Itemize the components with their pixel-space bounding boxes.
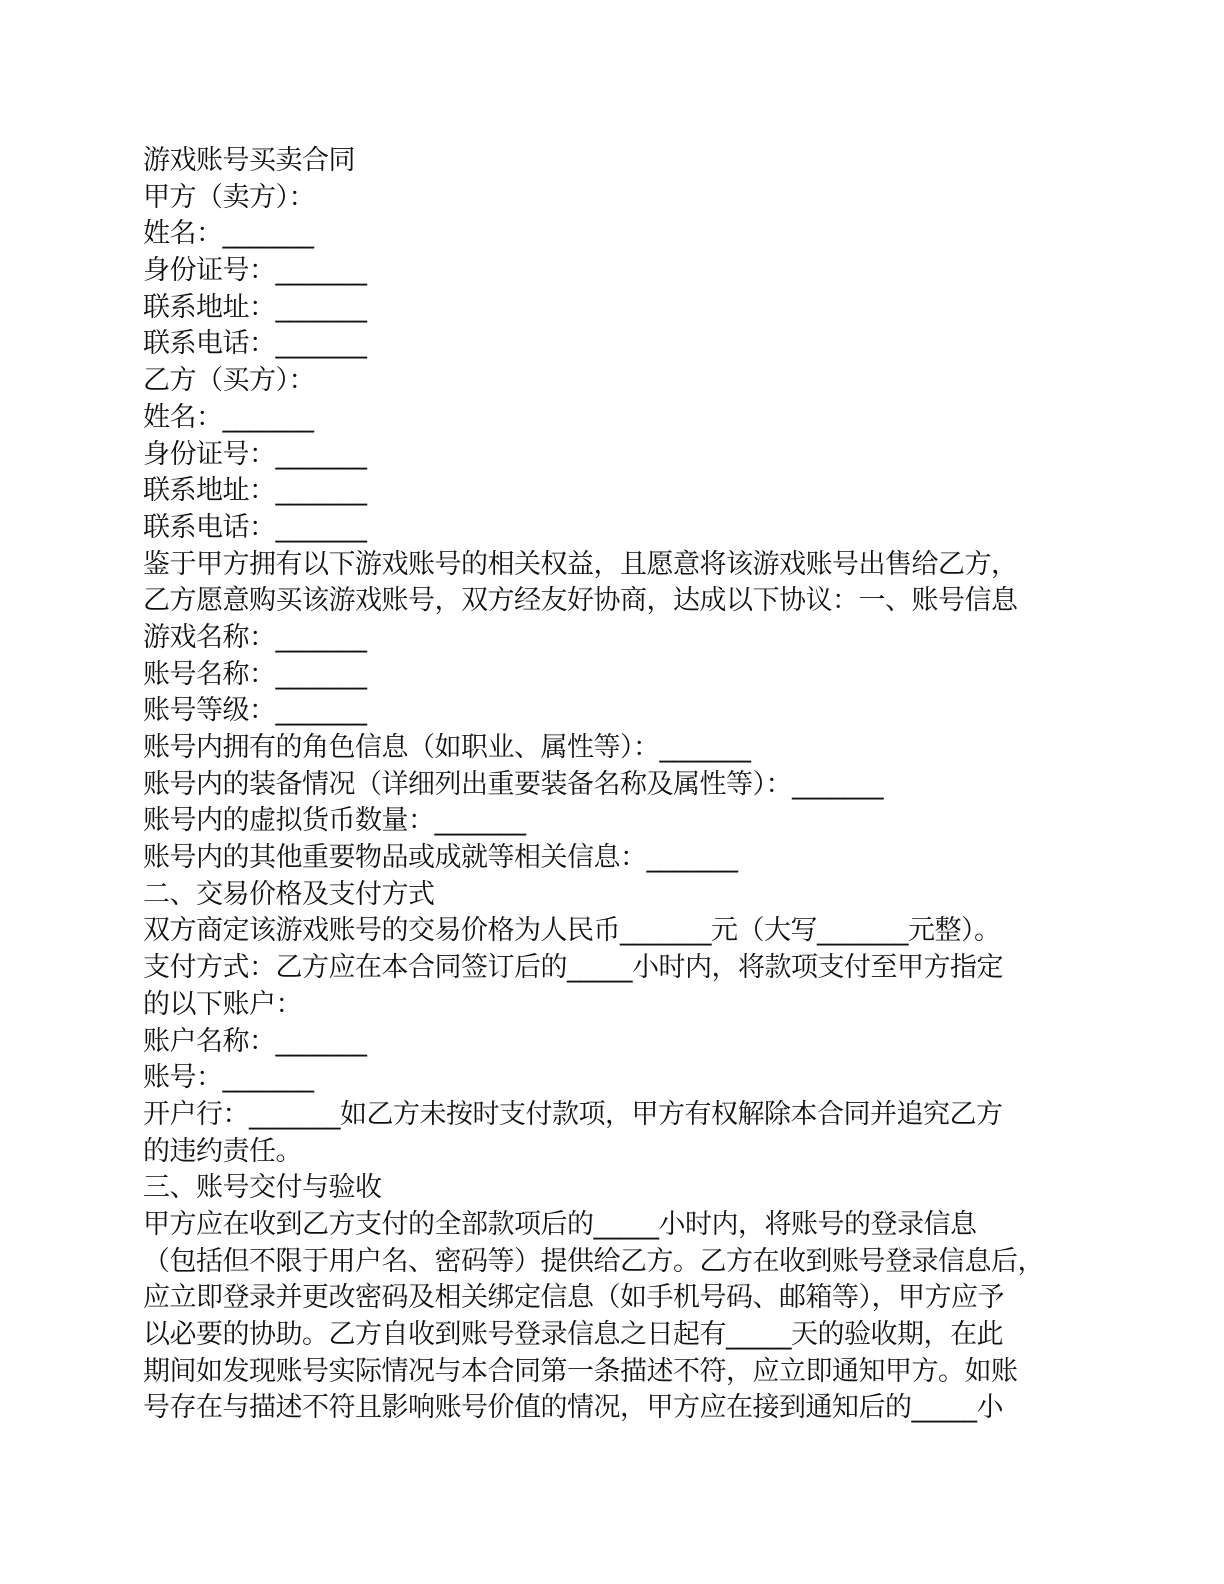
bank-account-name-field: 账户名称：_______	[143, 1024, 1103, 1061]
equipment-field: 账号内的装备情况（详细列出重要装备名称及属性等）：_______	[143, 767, 1103, 804]
game-name-field: 游戏名称：_______	[143, 620, 1103, 657]
virtual-currency-field: 账号内的虚拟货币数量：_______	[143, 803, 1103, 840]
bank-field: 的违约责任。	[143, 1134, 1103, 1171]
delivery-clause: 期间如发现账号实际情况与本合同第一条描述不符，应立即通知甲方。如账	[143, 1354, 1103, 1391]
party-b-name: 姓名：_______	[143, 400, 1103, 437]
party-b-id: 身份证号：_______	[143, 437, 1103, 474]
delivery-clause: 应立即登录并更改密码及相关绑定信息（如手机号码、邮箱等），甲方应予	[143, 1280, 1103, 1317]
account-name-field: 账号名称：_______	[143, 657, 1103, 694]
preamble-line: 鉴于甲方拥有以下游戏账号的相关权益，且愿意将该游戏账号出售给乙方，	[143, 547, 1103, 584]
preamble-line: 乙方愿意购买该游戏账号，双方经友好协商，达成以下协议：一、账号信息	[143, 583, 1103, 620]
delivery-clause: （包括但不限于用户名、密码等）提供给乙方。乙方在收到账号登录信息后，	[143, 1244, 1103, 1281]
bank-account-number-field: 账号：_______	[143, 1060, 1103, 1097]
document-title: 游戏账号买卖合同	[143, 143, 1103, 180]
price-clause: 双方商定该游戏账号的交易价格为人民币_______元（大写_______元整）。	[143, 913, 1103, 950]
account-level-field: 账号等级：_______	[143, 693, 1103, 730]
section-2-heading: 二、交易价格及支付方式	[143, 877, 1103, 914]
delivery-clause: 以必要的协助。乙方自收到账号登录信息之日起有_____天的验收期，在此	[143, 1317, 1103, 1354]
party-a-address: 联系地址：_______	[143, 290, 1103, 327]
document-page: 游戏账号买卖合同 甲方（卖方）： 姓名：_______ 身份证号：_______…	[143, 143, 1103, 1427]
other-items-field: 账号内的其他重要物品或成就等相关信息：_______	[143, 840, 1103, 877]
party-b-heading: 乙方（买方）：	[143, 363, 1103, 400]
party-a-name: 姓名：_______	[143, 216, 1103, 253]
payment-clause: 的以下账户：	[143, 987, 1103, 1024]
character-info-field: 账号内拥有的角色信息（如职业、属性等）：_______	[143, 730, 1103, 767]
delivery-clause: 甲方应在收到乙方支付的全部款项后的_____小时内，将账号的登录信息	[143, 1207, 1103, 1244]
party-b-address: 联系地址：_______	[143, 473, 1103, 510]
party-a-phone: 联系电话：_______	[143, 326, 1103, 363]
section-3-heading: 三、账号交付与验收	[143, 1170, 1103, 1207]
party-a-heading: 甲方（卖方）：	[143, 180, 1103, 217]
party-b-phone: 联系电话：_______	[143, 510, 1103, 547]
party-a-id: 身份证号：_______	[143, 253, 1103, 290]
payment-clause: 支付方式：乙方应在本合同签订后的_____小时内，将款项支付至甲方指定	[143, 950, 1103, 987]
delivery-clause: 号存在与描述不符且影响账号价值的情况，甲方应在接到通知后的_____小	[143, 1390, 1103, 1427]
bank-field: 开户行：_______如乙方未按时支付款项，甲方有权解除本合同并追究乙方	[143, 1097, 1103, 1134]
